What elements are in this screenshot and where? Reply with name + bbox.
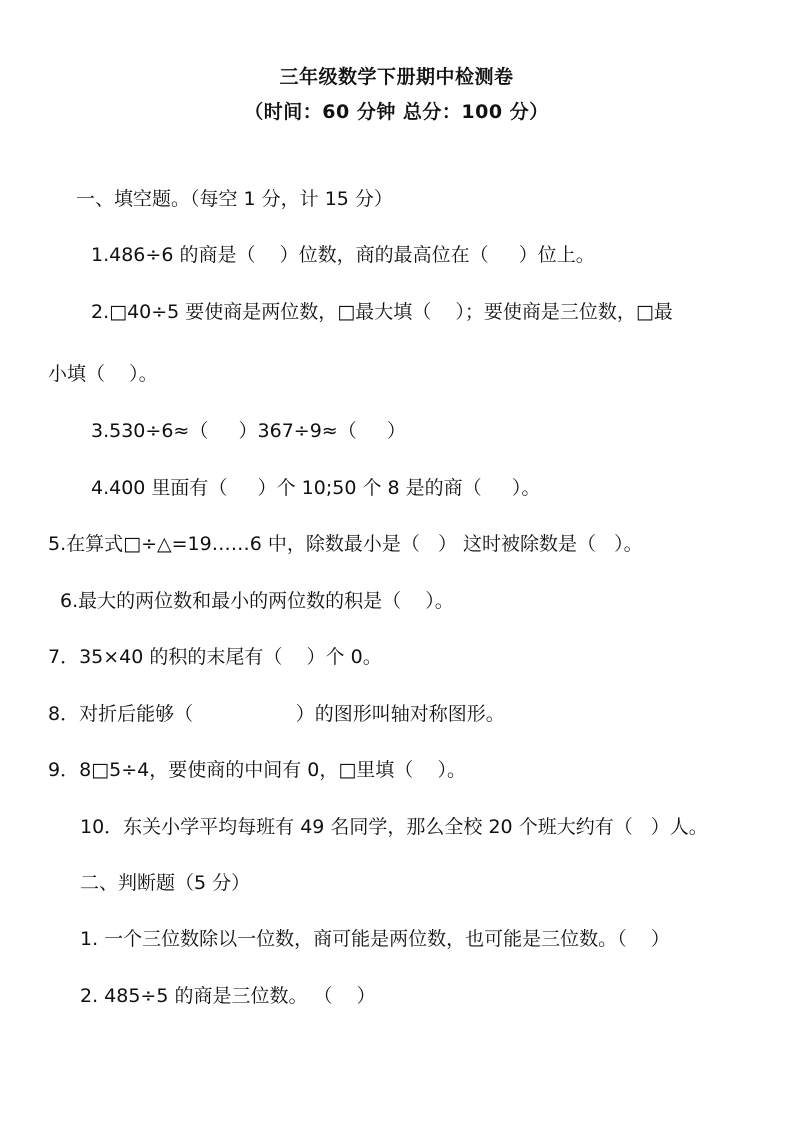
section-heading-fill-in: 一、填空题。（每空 1 分，计 15 分） <box>76 187 393 211</box>
question-3: 3.530÷6≈（ ）367÷9≈（ ） <box>91 419 406 443</box>
question-9: 9．8□5÷4，要使商的中间有 0，□里填（ ）。 <box>48 758 466 782</box>
question-5: 5.在算式□÷△=19……6 中，除数最小是（ ） 这时被除数是（ ）。 <box>48 532 643 556</box>
question-1: 1.486÷6 的商是（ ）位数，商的最高位在（ ）位上。 <box>91 243 595 267</box>
tf-question-1: 1. 一个三位数除以一位数，商可能是两位数，也可能是三位数。（ ） <box>80 927 670 951</box>
section-heading-true-false: 二、判断题（5 分） <box>80 871 250 895</box>
question-4: 4.400 里面有（ ）个 10;50 个 8 是的商（ ）。 <box>91 476 540 500</box>
tf-question-2: 2. 485÷5 的商是三位数。 （ ） <box>80 984 376 1008</box>
question-10: 10．东关小学平均每班有 49 名同学，那么全校 20 个班大约有（ ）人。 <box>80 815 708 839</box>
question-6: 6.最大的两位数和最小的两位数的积是（ ）。 <box>60 589 454 613</box>
exam-subtitle: （时间：60 分钟 总分：100 分） <box>0 97 793 124</box>
question-7: 7．35×40 的积的末尾有（ ）个 0。 <box>48 645 382 669</box>
question-8: 8．对折后能够（ ）的图形叫轴对称图形。 <box>48 702 505 726</box>
question-2-line-1: 2.□40÷5 要使商是两位数，□最大填（ ）；要使商是三位数，□最 <box>91 300 673 324</box>
exam-title: 三年级数学下册期中检测卷 <box>0 62 793 89</box>
question-2-line-2: 小填（ ）。 <box>48 362 158 386</box>
